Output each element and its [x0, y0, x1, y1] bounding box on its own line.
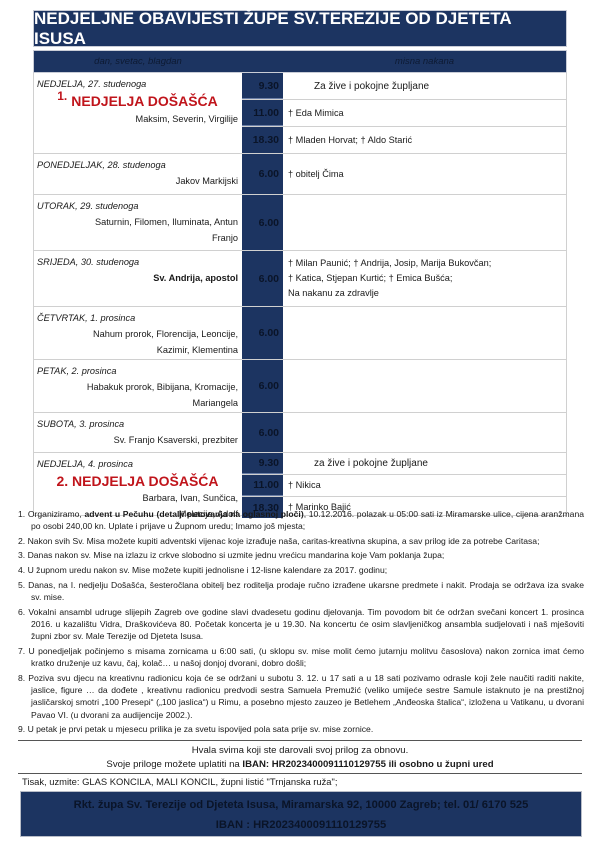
- intention-line: Za žive i pokojne župljane: [314, 79, 561, 94]
- day-info: PETAK, 2. prosincaHabakuk prorok, Bibija…: [34, 360, 242, 412]
- day-info: NEDJELJA, 4. prosinca2. NEDJELJA DOŠAŠĆA…: [34, 453, 242, 515]
- notice-text: Poziva svu djecu na kreativnu radionicu …: [28, 673, 584, 720]
- notice-item: 1. Organiziramo, advent u Pečuhu (detalj…: [18, 508, 584, 533]
- iban-text: IBAN: HR2023400091110129755 ili osobno u…: [242, 759, 493, 770]
- day-info: UTORAK, 29. studenogaSaturnin, Filomen, …: [34, 195, 242, 250]
- masses: 6.00: [242, 413, 566, 452]
- notice-item: 7. U ponedjeljak počinjemo s misama zorn…: [18, 645, 584, 670]
- schedule-days: NEDJELJA, 27. studenoga1.NEDJELJA DOŠAŠĆ…: [33, 73, 567, 516]
- mass-row: 6.00: [242, 195, 566, 250]
- notice-text: Vokalni ansambl udruge slijepih Zagreb o…: [28, 607, 584, 642]
- notices: 1. Organiziramo, advent u Pečuhu (detalj…: [18, 508, 584, 738]
- saints-line: Barbara, Ivan, Sunčica,: [37, 490, 238, 506]
- intention-line: † Eda Mimica: [288, 106, 561, 121]
- header-intention: misna nakana: [283, 51, 566, 72]
- notice-number: 4.: [18, 565, 25, 575]
- mass-intention: za žive i pokojne župljane: [283, 453, 566, 474]
- mass-intention: [283, 360, 566, 412]
- intention-line: † Nikica: [288, 478, 561, 493]
- notice-number: 3.: [18, 550, 25, 560]
- day-info: SRIJEDA, 30. studenogaSv. Andrija, apost…: [34, 251, 242, 306]
- mass-intention: † Mladen Horvat; † Aldo Starić: [283, 127, 566, 153]
- mass-intention: [283, 307, 566, 359]
- intention-line: † Milan Paunić; † Andrija, Josip, Marija…: [288, 256, 561, 271]
- notice-item: 8. Poziva svu djecu na kreativnu radioni…: [18, 672, 584, 721]
- mass-intention: † obitelj Čima: [283, 154, 566, 194]
- notice-list: 1. Organiziramo, advent u Pečuhu (detalj…: [18, 508, 584, 735]
- thanks-line-1: Hvala svima koji ste darovali svoj prilo…: [18, 744, 582, 758]
- notice-text: U župnom uredu nakon sv. Mise možete kup…: [28, 565, 388, 575]
- thanks-line-2: Svoje priloge možete uplatiti na IBAN: H…: [18, 758, 582, 772]
- masses: 6.00: [242, 307, 566, 359]
- notice-number: 5.: [18, 580, 25, 590]
- mass-time: 6.00: [242, 154, 283, 194]
- header-day: dan, svetac, blagdan: [34, 51, 242, 72]
- day-date: NEDJELJA, 27. studenoga: [37, 76, 238, 92]
- saints-line: Sv. Andrija, apostol: [37, 270, 238, 286]
- notice-item: 6. Vokalni ansambl udruge slijepih Zagre…: [18, 606, 584, 643]
- day-row: PONEDJELJAK, 28. studenogaJakov Markijsk…: [33, 154, 567, 195]
- notice-number: 7.: [18, 646, 25, 656]
- day-date: PETAK, 2. prosinca: [37, 363, 238, 379]
- mass-time: 6.00: [242, 413, 283, 452]
- notice-text: U petak je prvi petak u mjesecu prilika …: [28, 724, 374, 734]
- feast-number: 1.: [57, 89, 67, 103]
- saints-line: Maksim, Severin, Virgilije: [37, 111, 238, 127]
- mass-row: 9.30za žive i pokojne župljane: [242, 453, 566, 475]
- day-row: NEDJELJA, 4. prosinca2. NEDJELJA DOŠAŠĆA…: [33, 453, 567, 516]
- day-row: SRIJEDA, 30. studenogaSv. Andrija, apost…: [33, 251, 567, 307]
- saints-line: Sv. Franjo Ksaverski, prezbiter: [37, 432, 238, 448]
- day-row: ČETVRTAK, 1. prosincaNahum prorok, Flore…: [33, 307, 567, 360]
- day-date: ČETVRTAK, 1. prosinca: [37, 310, 238, 326]
- mass-row: 6.00: [242, 360, 566, 412]
- saints-line: Mariangela: [37, 395, 238, 411]
- notice-number: 8.: [18, 673, 25, 683]
- mass-intention: † Eda Mimica: [283, 100, 566, 126]
- intention-line: † obitelj Čima: [288, 167, 561, 182]
- notice-item: 3. Danas nakon sv. Mise na izlazu iz crk…: [18, 549, 584, 561]
- day-info: PONEDJELJAK, 28. studenogaJakov Markijsk…: [34, 154, 242, 194]
- bulletin-title: NEDJELJNE OBAVIJESTI ŽUPE SV.TEREZIJE OD…: [33, 10, 567, 47]
- notice-number: 2.: [18, 536, 25, 546]
- mass-time: 6.00: [242, 307, 283, 359]
- thanks-block: Hvala svima koji ste darovali svoj prilo…: [18, 744, 582, 772]
- mass-row: 6.00† obitelj Čima: [242, 154, 566, 194]
- saints-line: Franjo: [37, 230, 238, 246]
- notice-text: Nakon svih Sv. Misa možete kupiti advent…: [28, 536, 540, 546]
- mass-time: 6.00: [242, 195, 283, 250]
- schedule-header: dan, svetac, blagdan misna nakana: [33, 50, 567, 73]
- day-info: ČETVRTAK, 1. prosincaNahum prorok, Flore…: [34, 307, 242, 359]
- mass-row: 6.00† Milan Paunić; † Andrija, Josip, Ma…: [242, 251, 566, 306]
- day-date: NEDJELJA, 4. prosinca: [37, 456, 238, 472]
- masses: 6.00: [242, 360, 566, 412]
- notice-number: 1.: [18, 509, 25, 519]
- mass-time: 6.00: [242, 360, 283, 412]
- footer-iban: IBAN : HR2023400091110129755: [21, 815, 581, 835]
- day-row: UTORAK, 29. studenogaSaturnin, Filomen, …: [33, 195, 567, 251]
- mass-time: 18.30: [242, 127, 283, 153]
- feast-title: 2. NEDJELJA DOŠAŠĆA: [37, 472, 238, 490]
- divider-bottom: [18, 773, 582, 774]
- mass-time: 11.00: [242, 475, 283, 496]
- intention-line: † Katica, Stjepan Kurtić; † Emica Bušća;: [288, 271, 561, 286]
- mass-intention: Za žive i pokojne župljane: [283, 73, 566, 99]
- day-date: SRIJEDA, 30. studenoga: [37, 254, 238, 270]
- notice-item: 5. Danas, na I. nedjelju Došašća, šester…: [18, 579, 584, 604]
- thanks-line-2-text: Svoje priloge možete uplatiti na: [106, 759, 242, 770]
- mass-intention: [283, 195, 566, 250]
- notice-item: 4. U župnom uredu nakon sv. Mise možete …: [18, 564, 584, 576]
- mass-time: 11.00: [242, 100, 283, 126]
- mass-intention: † Milan Paunić; † Andrija, Josip, Marija…: [283, 251, 566, 306]
- mass-row: 11.00† Eda Mimica: [242, 100, 566, 127]
- notice-text: Organiziramo,: [28, 509, 85, 519]
- day-row: NEDJELJA, 27. studenoga1.NEDJELJA DOŠAŠĆ…: [33, 73, 567, 154]
- saints-line: Habakuk prorok, Bibijana, Kromacije,: [37, 379, 238, 395]
- saints-line: Jakov Markijski: [37, 173, 238, 189]
- footer-address: Rkt. župa Sv. Terezije od Djeteta Isusa,…: [21, 795, 581, 815]
- intention-line: Na nakanu za zdravlje: [288, 286, 561, 301]
- intention-line: za žive i pokojne župljane: [314, 456, 561, 471]
- divider-top: [18, 740, 582, 741]
- masses: 6.00† Milan Paunić; † Andrija, Josip, Ma…: [242, 251, 566, 306]
- saints-line: Kazimir, Klementina: [37, 342, 238, 358]
- mass-row: 11.00† Nikica: [242, 475, 566, 497]
- header-time: [242, 51, 283, 72]
- notice-highlight: advent u Pečuhu (detalji putovanja na og…: [84, 509, 303, 519]
- notice-item: 2. Nakon svih Sv. Misa možete kupiti adv…: [18, 535, 584, 547]
- notice-text: U ponedjeljak počinjemo s misama zornica…: [29, 646, 584, 668]
- day-row: PETAK, 2. prosincaHabakuk prorok, Bibija…: [33, 360, 567, 413]
- mass-row: 6.00: [242, 307, 566, 359]
- mass-row: 18.30† Mladen Horvat; † Aldo Starić: [242, 127, 566, 153]
- day-info: NEDJELJA, 27. studenoga1.NEDJELJA DOŠAŠĆ…: [34, 73, 242, 153]
- notice-number: 9.: [18, 724, 25, 734]
- notice-text: Danas nakon sv. Mise na izlazu iz crkve …: [28, 550, 445, 560]
- saints-line: Saturnin, Filomen, Iluminata, Antun: [37, 214, 238, 230]
- mass-time: 9.30: [242, 73, 283, 99]
- mass-intention: † Nikica: [283, 475, 566, 496]
- day-date: SUBOTA, 3. prosinca: [37, 416, 238, 432]
- notice-item: 9. U petak je prvi petak u mjesecu prili…: [18, 723, 584, 735]
- mass-time: 6.00: [242, 251, 283, 306]
- footer-contact: Rkt. župa Sv. Terezije od Djeteta Isusa,…: [20, 791, 582, 837]
- feast-name: 2. NEDJELJA DOŠAŠĆA: [56, 473, 218, 489]
- feast-title: 1.NEDJELJA DOŠAŠĆA: [37, 92, 238, 111]
- day-date: PONEDJELJAK, 28. studenoga: [37, 157, 238, 173]
- mass-row: 9.30Za žive i pokojne župljane: [242, 73, 566, 100]
- day-date: UTORAK, 29. studenoga: [37, 198, 238, 214]
- day-row: SUBOTA, 3. prosincaSv. Franjo Ksaverski,…: [33, 413, 567, 453]
- saints-line: Nahum prorok, Florencija, Leoncije,: [37, 326, 238, 342]
- mass-schedule-table: dan, svetac, blagdan misna nakana NEDJEL…: [33, 50, 567, 516]
- masses: 9.30za žive i pokojne župljane11.00† Nik…: [242, 453, 566, 515]
- masses: 6.00: [242, 195, 566, 250]
- notice-number: 6.: [18, 607, 25, 617]
- feast-name: NEDJELJA DOŠAŠĆA: [71, 93, 218, 109]
- mass-intention: [283, 413, 566, 452]
- mass-time: 9.30: [242, 453, 283, 474]
- mass-row: 6.00: [242, 413, 566, 452]
- press-line: Tisak, uzmite: GLAS KONCILA, MALI KONCIL…: [22, 776, 337, 787]
- masses: 6.00† obitelj Čima: [242, 154, 566, 194]
- day-info: SUBOTA, 3. prosincaSv. Franjo Ksaverski,…: [34, 413, 242, 452]
- intention-line: † Mladen Horvat; † Aldo Starić: [288, 133, 561, 148]
- masses: 9.30Za žive i pokojne župljane11.00† Eda…: [242, 73, 566, 153]
- notice-text: Danas, na I. nedjelju Došašća, šesteročl…: [28, 580, 584, 602]
